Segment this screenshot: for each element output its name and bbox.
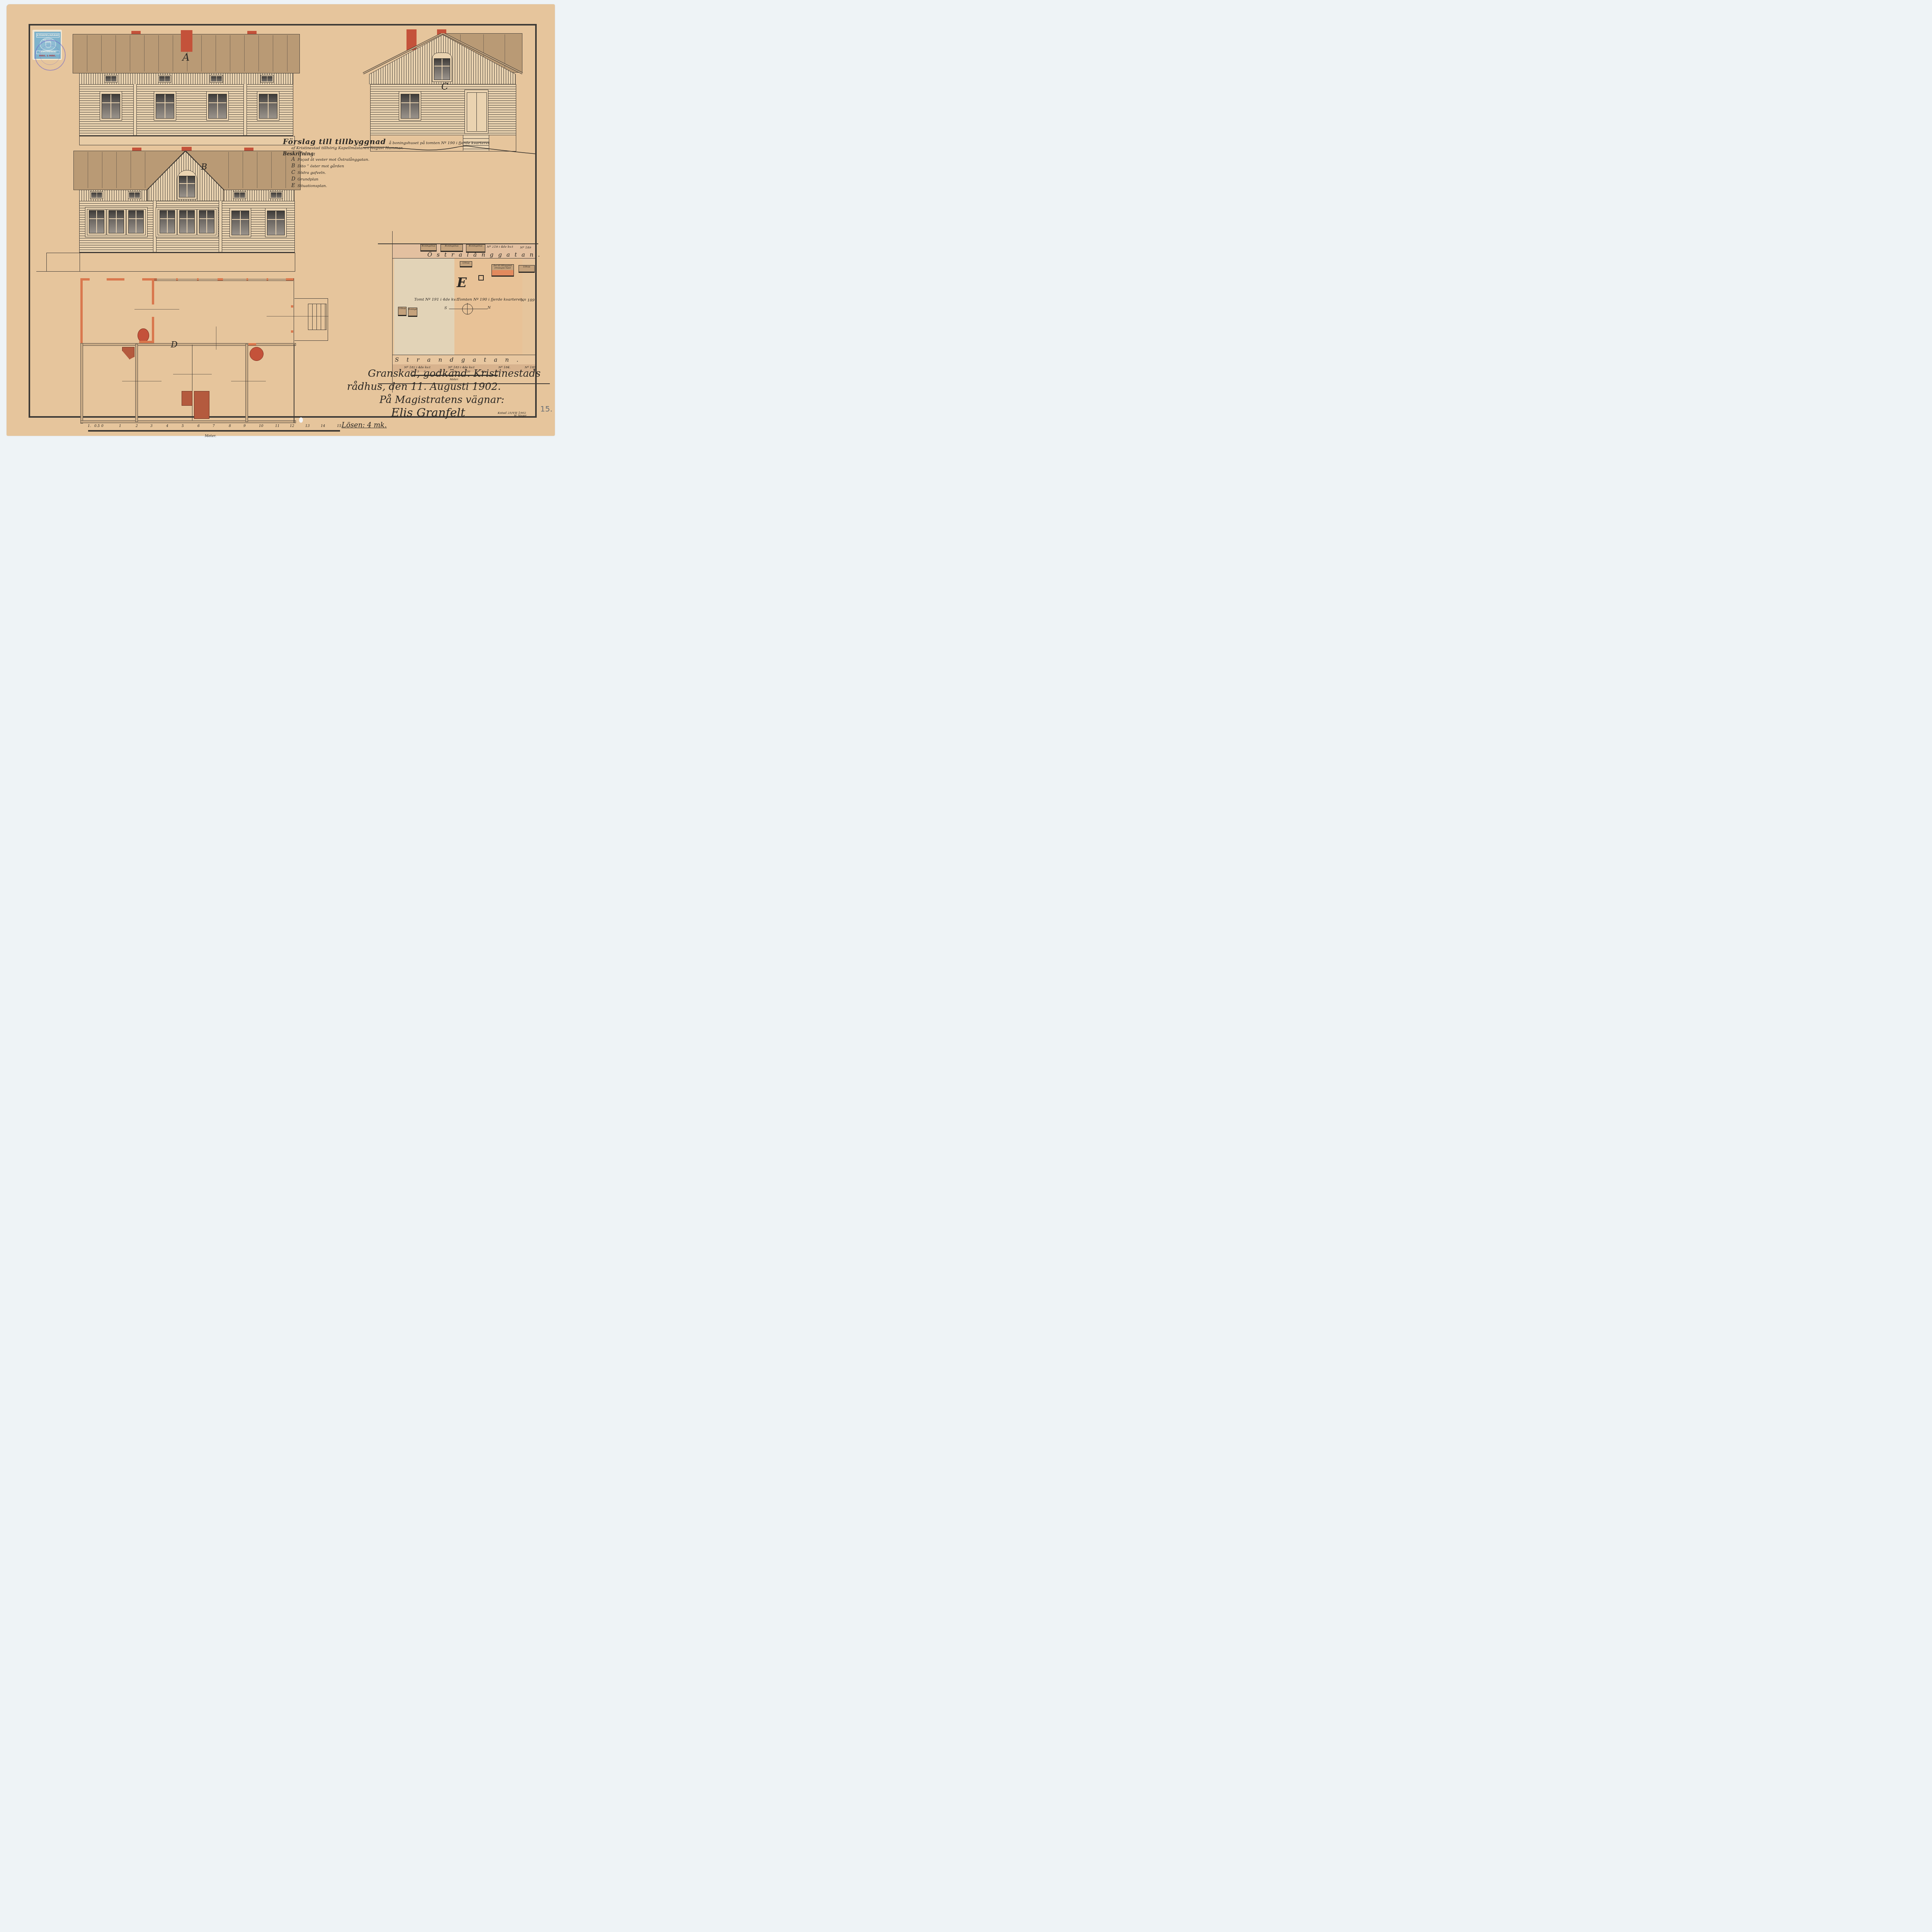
lot-189-label: Nº 189 xyxy=(521,298,535,303)
well-icon xyxy=(478,275,484,281)
legend-item-b: BDito ” öster mot gården xyxy=(291,163,490,170)
attic-window xyxy=(158,75,171,83)
legend-title: Förslag till tillbyggnad xyxy=(283,138,386,146)
drawing-label-e: E xyxy=(457,275,467,291)
wall-thin xyxy=(294,278,294,344)
drafter-signature: W. Nager xyxy=(514,414,527,417)
window xyxy=(265,208,287,237)
compass-south: S xyxy=(444,306,447,310)
attic-window xyxy=(128,191,141,199)
compass-arrow xyxy=(449,309,488,309)
attic-window xyxy=(233,191,246,199)
legend-item-d: DGrundplan xyxy=(291,176,490,183)
building-uthus: Uthus xyxy=(398,307,406,316)
drawing-label-d: D xyxy=(171,340,178,350)
window xyxy=(206,91,229,121)
sheet-number: 15. xyxy=(540,404,553,413)
window xyxy=(154,91,176,121)
approval-line-3: På Magistratens vägnar: xyxy=(379,393,541,406)
wall-existing xyxy=(245,344,248,422)
legend-item-a: AFaçad åt vester mot Östralånggatan. xyxy=(291,156,490,163)
building-boningshus: Boningshus xyxy=(420,244,437,252)
lot-190-label: Tomten Nº 190 i fjerde kvarteret. xyxy=(457,298,523,302)
wall-existing xyxy=(80,343,83,423)
foundation xyxy=(46,253,295,272)
wall-existing xyxy=(294,344,294,423)
chimney xyxy=(181,30,192,52)
partition xyxy=(192,345,192,420)
window xyxy=(257,91,279,121)
door xyxy=(464,90,488,134)
tiled-stove-icon xyxy=(250,347,264,361)
legend-heading: Beskrifning: xyxy=(283,151,490,156)
triple-window xyxy=(85,207,148,237)
building-uthus: Uthus xyxy=(519,265,535,273)
ground-line xyxy=(36,271,295,272)
attic-window xyxy=(270,191,283,199)
attic-window xyxy=(90,191,103,199)
attic-window xyxy=(260,75,274,83)
pilaster xyxy=(243,84,247,135)
building-boningshus: Boningshus xyxy=(408,308,417,317)
window xyxy=(399,91,421,121)
drawing-label-b: B xyxy=(201,162,207,172)
wall-new xyxy=(80,278,90,281)
lot-191-label: Tomt Nº 191 i 4de kv.t xyxy=(414,298,458,302)
wall-new xyxy=(107,278,124,281)
legend-subtitle: af Kristinestad tillhörig Kapellmästaren… xyxy=(291,146,490,150)
gothic-window xyxy=(177,170,197,199)
wall-new xyxy=(152,278,154,304)
compass-north: N xyxy=(488,306,491,310)
window xyxy=(100,91,122,121)
attic-window xyxy=(210,75,223,83)
legend-item-c: CSödra gafveln. xyxy=(291,170,490,176)
foundation xyxy=(79,136,295,145)
kitchen-range-icon xyxy=(194,391,209,419)
building-uthus: Uthus xyxy=(460,261,472,267)
gothic-window xyxy=(432,53,452,82)
paper-hole xyxy=(299,417,303,423)
compass-rose-icon xyxy=(462,304,473,315)
wall-new xyxy=(152,317,154,343)
fee-note: Lösen: 4 mk. xyxy=(342,421,387,429)
legend-item-e: ESituationsplan. xyxy=(291,183,490,189)
legend-title-rest: å boningshuset på tomten Nº 190 i fjerde… xyxy=(389,141,490,145)
wall-new xyxy=(80,278,83,344)
lot-label: Nº 189 xyxy=(520,246,531,249)
street-label-bottom: Strandgatan. xyxy=(395,356,526,363)
lot-label: Nº 218 i 4de kv.t xyxy=(487,245,513,248)
stairs xyxy=(308,304,327,330)
cancellation-postmark-inner xyxy=(40,45,60,65)
scale-unit: Meter. xyxy=(205,434,216,438)
kitchen-hearth-icon xyxy=(182,391,192,406)
approval-line-1: Granskad, godkänd. Kristinestads xyxy=(368,367,541,380)
approval-line-2: rådhus, den 11. Augusti 1902. xyxy=(347,380,541,393)
drawing-label-c: C xyxy=(441,81,448,92)
wall-existing xyxy=(135,344,138,422)
attic-window xyxy=(104,75,117,83)
window xyxy=(230,208,251,237)
legend: Förslag till tillbyggnad å boningshuset … xyxy=(283,138,490,189)
street-label-top: Östralånggatan. xyxy=(427,251,544,258)
building-boningshus: Boningshus xyxy=(440,244,463,252)
wall-thin xyxy=(154,281,293,281)
triple-window xyxy=(156,207,218,237)
wall-existing xyxy=(80,420,296,423)
pilaster xyxy=(219,201,222,252)
tiled-stove-icon xyxy=(138,328,149,342)
wall-existing xyxy=(80,343,296,346)
drawing-label-a: A xyxy=(182,52,190,63)
pilaster xyxy=(133,84,137,135)
building-proposed-extension: Det till tillbyggnad föreslagna huset xyxy=(492,264,514,277)
stamp-header: STÄMPELMÄRKE xyxy=(36,33,60,37)
wall-thin xyxy=(154,279,293,279)
